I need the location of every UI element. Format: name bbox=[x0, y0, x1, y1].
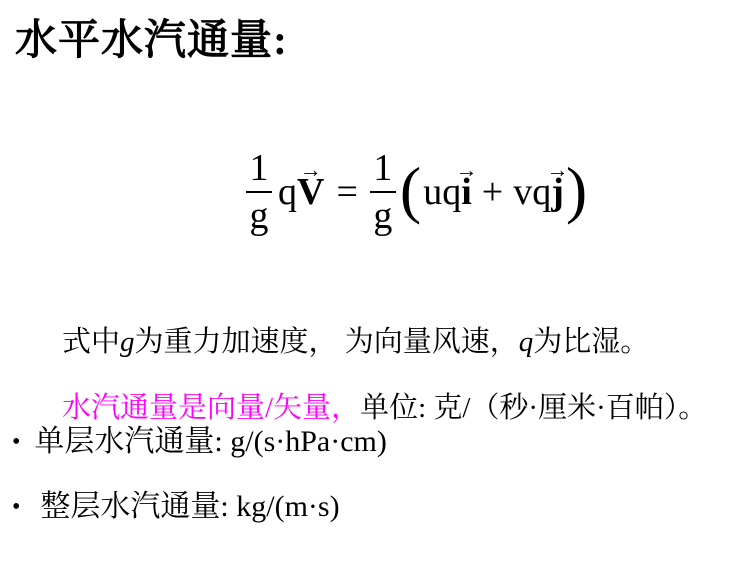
unit-text: 单位: 克/（秒·厘米·百帕）。 bbox=[360, 392, 707, 424]
close-paren: ) bbox=[566, 163, 587, 217]
explanation-post: 为比湿。 bbox=[533, 326, 649, 358]
term-vq: vq bbox=[513, 173, 551, 211]
explanation-pre: 式中 bbox=[62, 326, 120, 358]
fraction-numerator: 1 bbox=[250, 149, 269, 191]
vector-arrow-icon: → bbox=[455, 159, 477, 181]
vector-arrow-icon: → bbox=[300, 159, 322, 181]
fraction-denominator: g bbox=[250, 193, 269, 235]
equals-sign: = bbox=[336, 173, 357, 211]
page-title: 水平水汽通量: bbox=[15, 18, 288, 64]
vector-i: →i bbox=[461, 173, 472, 211]
variable-q: q bbox=[519, 326, 534, 358]
fraction-one-over-g-rhs: 1 g bbox=[370, 149, 396, 235]
bullet-icon: • bbox=[12, 428, 20, 457]
bullet-icon: • bbox=[12, 493, 20, 522]
scalar-q: q bbox=[278, 173, 297, 211]
fraction-denominator: g bbox=[373, 193, 392, 235]
list-item-single-layer-flux: • 单层水汽通量: g/(s·hPa·cm) bbox=[12, 424, 387, 460]
slide: 水平水汽通量: 1 g q →V = 1 g ( uq →i + vq →j )… bbox=[0, 0, 744, 574]
vector-V: →V bbox=[297, 173, 324, 211]
fraction-numerator: 1 bbox=[373, 149, 392, 191]
list-item-whole-layer-flux: • 整层水汽通量: kg/(m·s) bbox=[12, 489, 340, 525]
highlighted-vector-note: 水汽通量是向量/矢量， bbox=[62, 392, 360, 424]
explanation-mid: 为重力加速度， 为向量风速， bbox=[135, 326, 519, 358]
water-vapor-flux-formula: 1 g q →V = 1 g ( uq →i + vq →j ) bbox=[246, 142, 587, 242]
list-item-text: 单层水汽通量: g/(s·hPa·cm) bbox=[34, 424, 386, 460]
fraction-one-over-g-lhs: 1 g bbox=[246, 149, 272, 235]
list-item-text: 整层水汽通量: kg/(m·s) bbox=[40, 489, 339, 525]
plus-sign: + bbox=[482, 173, 503, 211]
vector-j: →j bbox=[551, 173, 564, 211]
variable-g: g bbox=[120, 326, 135, 358]
open-paren: ( bbox=[400, 163, 421, 217]
